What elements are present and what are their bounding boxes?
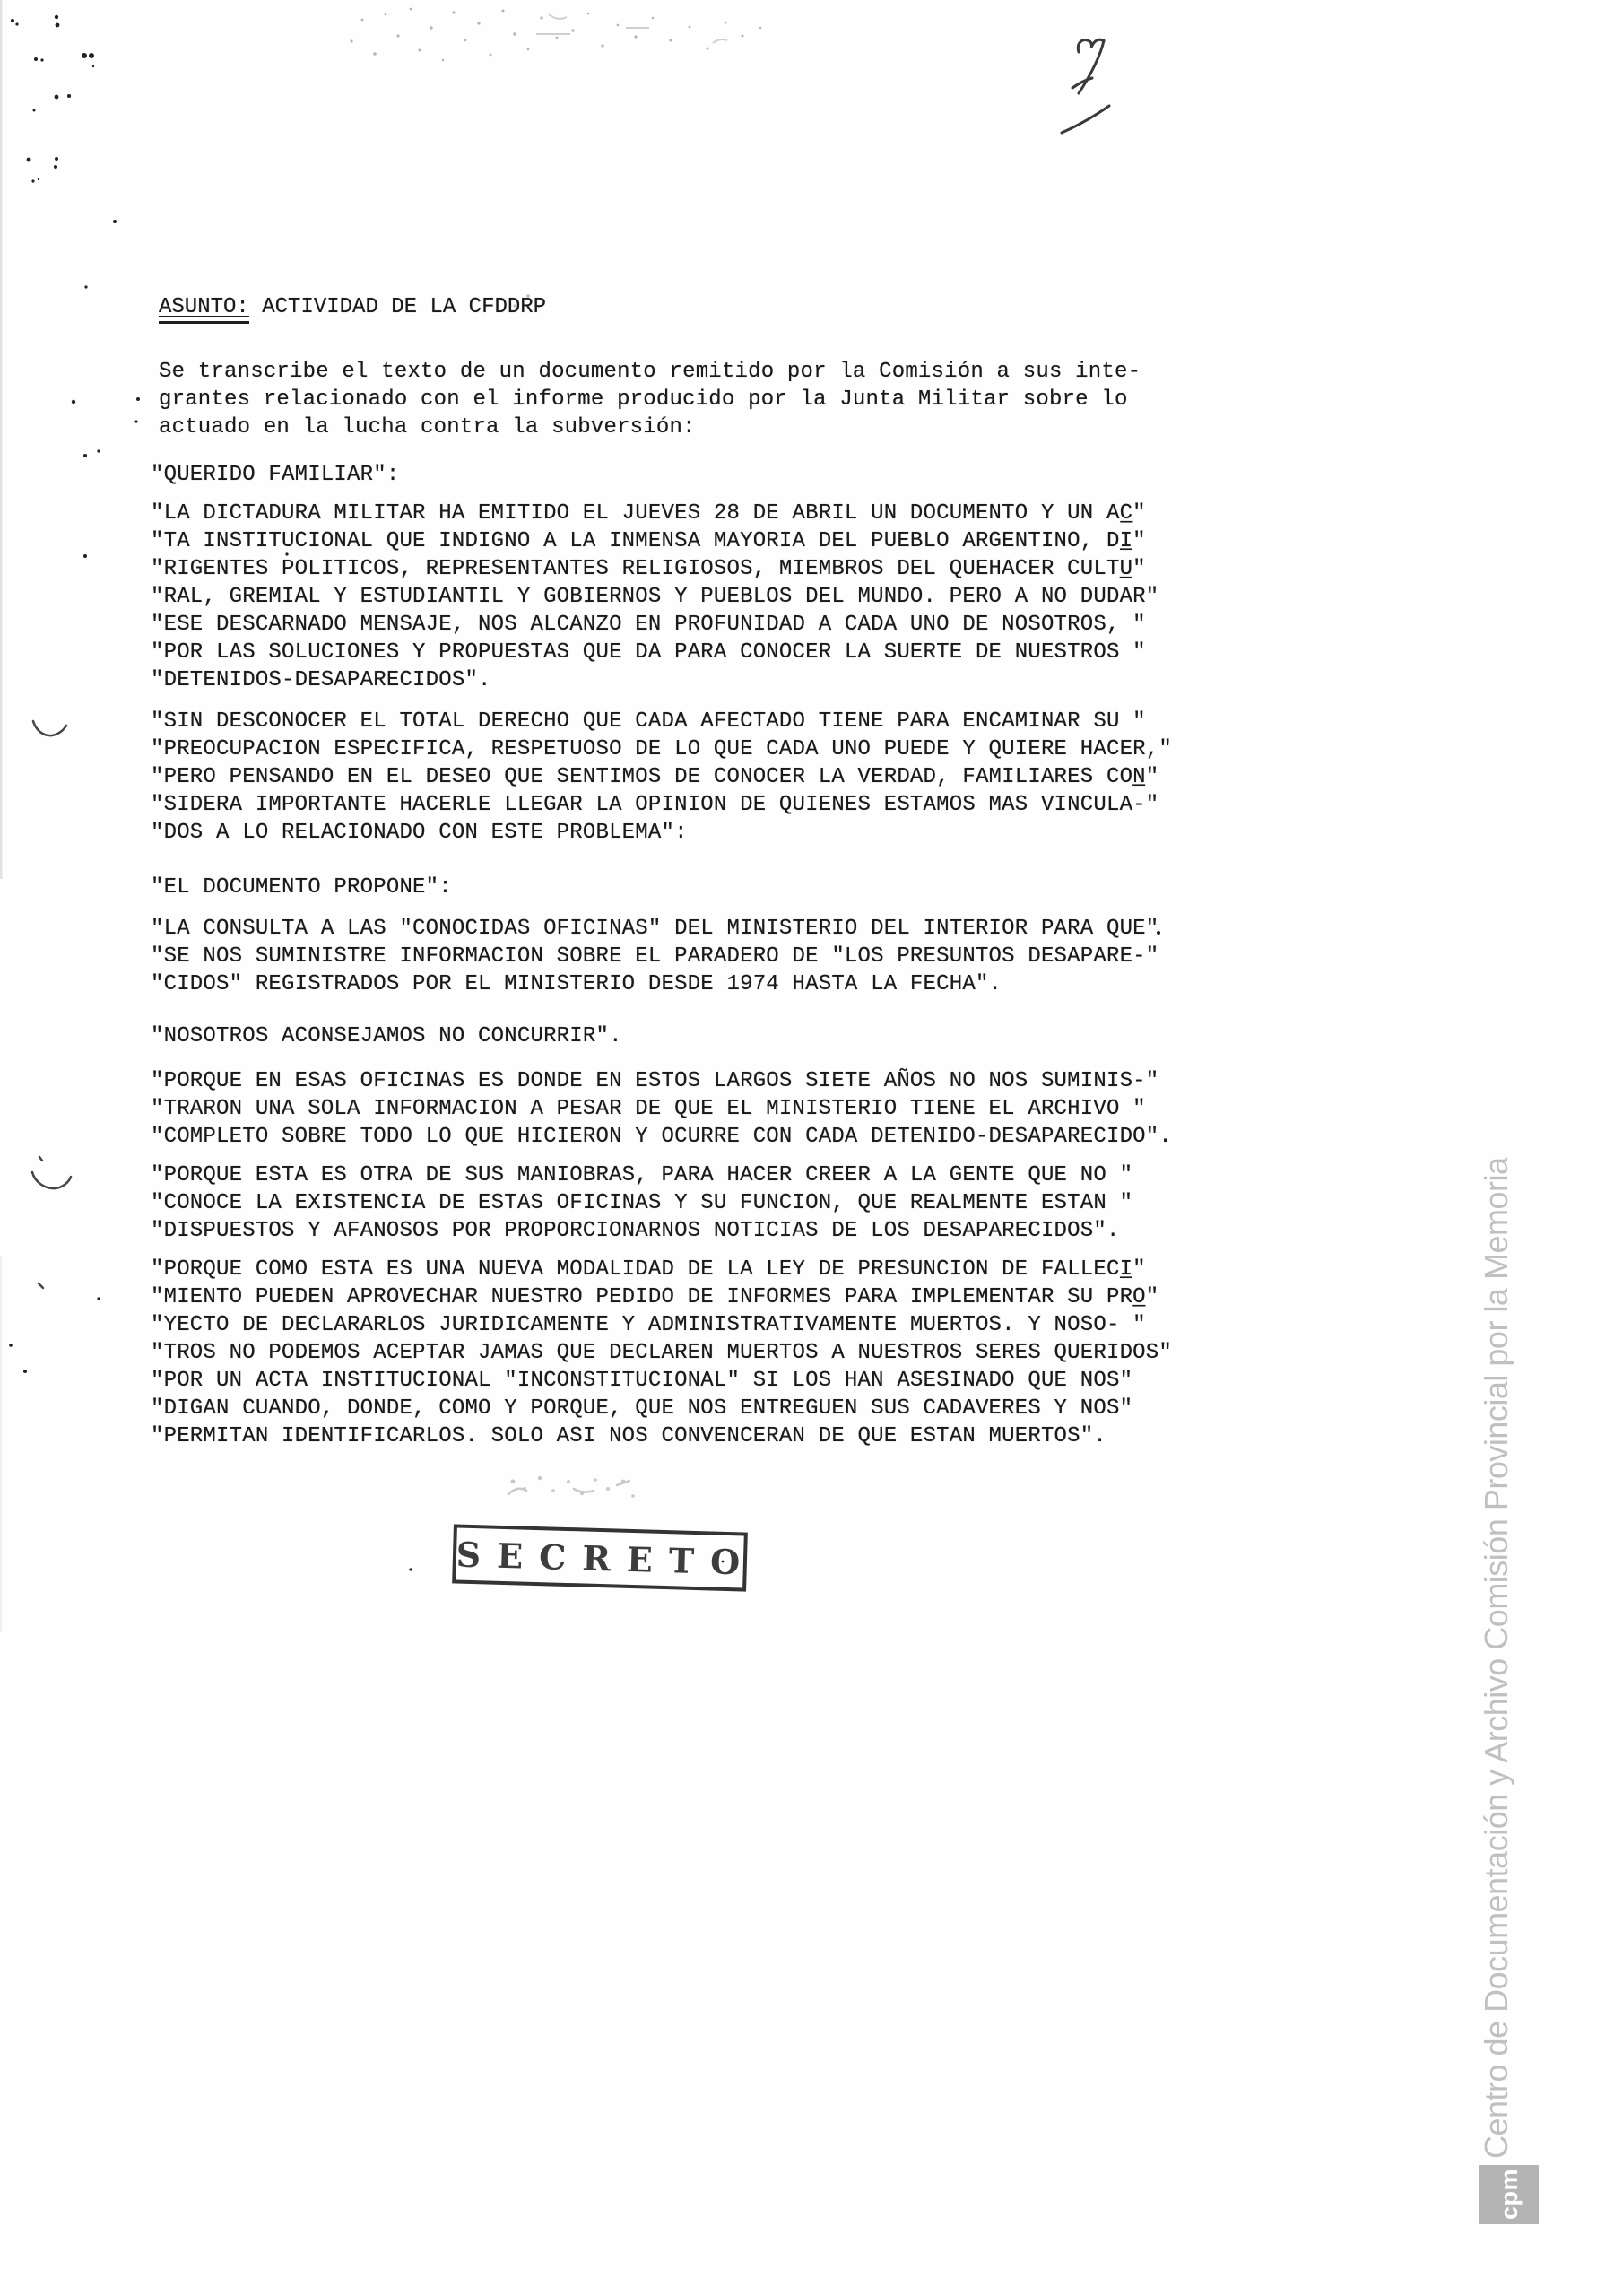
salutation-line: "QUERIDO FAMILIAR": (151, 461, 399, 489)
archive-credit-watermark: Centro de Documentación y Archivo Comisi… (1478, 1072, 1519, 2159)
text-line: "POR LAS SOLUCIONES Y PROPUESTAS QUE DA … (151, 639, 1158, 666)
margin-check-marks (32, 721, 71, 1288)
text-line: "SIN DESCONOCER EL TOTAL DERECHO QUE CAD… (151, 708, 1172, 735)
text-line: Se transcribe el texto de un documento r… (159, 358, 1141, 386)
text-line: "LA DICTADURA MILITAR HA EMITIDO EL JUEV… (151, 500, 1158, 527)
secreto-stamp-text: SECRETO (443, 1534, 757, 1583)
handwritten-mark-icon (1062, 39, 1109, 133)
paragraph-consulta: "LA CONSULTA A LAS "CONOCIDAS OFICINAS" … (151, 915, 1158, 998)
text-line: "CONOCE LA EXISTENCIA DE ESTAS OFICINAS … (151, 1189, 1132, 1217)
scanned-document-page: ASUNTO: ACTIVIDAD DE LA CFDDRP Se transc… (0, 0, 1614, 2296)
text-line: "RAL, GREMIAL Y ESTUDIANTIL Y GOBIERNOS … (151, 583, 1158, 611)
text-line: "EL DOCUMENTO PROPONE": (151, 874, 452, 901)
text-line: "PORQUE EN ESAS OFICINAS ES DONDE EN EST… (151, 1067, 1172, 1095)
text-line: "DOS A LO RELACIONADO CON ESTE PROBLEMA"… (151, 819, 1172, 847)
paragraph-sin-desconocer: "SIN DESCONOCER EL TOTAL DERECHO QUE CAD… (151, 708, 1172, 847)
text-line: "PORQUE ESTA ES OTRA DE SUS MANIOBRAS, P… (151, 1161, 1132, 1189)
text-line: "YECTO DE DECLARARLOS JURIDICAMENTE Y AD… (151, 1311, 1172, 1339)
text-line: "TRARON UNA SOLA INFORMACION A PESAR DE … (151, 1095, 1172, 1123)
secreto-stamp: SECRETO (452, 1524, 748, 1591)
paragraph-porque-modalidad: "PORQUE COMO ESTA ES UNA NUEVA MODALIDAD… (151, 1256, 1172, 1450)
text-line: "RIGENTES POLITICOS, REPRESENTANTES RELI… (151, 555, 1158, 583)
text-line: "PERMITAN IDENTIFICARLOS. SOLO ASI NOS C… (151, 1422, 1172, 1450)
text-line: "COMPLETO SOBRE TODO LO QUE HICIERON Y O… (151, 1123, 1172, 1151)
text-line: "PERO PENSANDO EN EL DESEO QUE SENTIMOS … (151, 763, 1172, 791)
subject-label: ASUNTO: (159, 295, 249, 324)
text-line: "ESE DESCARNADO MENSAJE, NOS ALCANZO EN … (151, 611, 1158, 639)
cpm-logo: cpm (1479, 2165, 1539, 2224)
text-line: "POR UN ACTA INSTITUCIONAL "INCONSTITUCI… (151, 1367, 1172, 1395)
propone-line: "EL DOCUMENTO PROPONE": (151, 874, 452, 901)
text-line: grantes relacionado con el informe produ… (159, 386, 1141, 413)
text-line: "PORQUE COMO ESTA ES UNA NUEVA MODALIDAD… (151, 1256, 1172, 1283)
intro-paragraph: Se transcribe el texto de un documento r… (159, 358, 1141, 441)
paragraph-porque-maniobras: "PORQUE ESTA ES OTRA DE SUS MANIOBRAS, P… (151, 1161, 1132, 1245)
consejo-line: "NOSOTROS ACONSEJAMOS NO CONCURRIR". (151, 1022, 622, 1050)
subject-title: ACTIVIDAD DE LA CFDDRP (249, 295, 546, 319)
text-line: "SE NOS SUMINISTRE INFORMACION SOBRE EL … (151, 943, 1158, 970)
text-line: "MIENTO PUEDEN APROVECHAR NUESTRO PEDIDO… (151, 1283, 1172, 1311)
text-line: "NOSOTROS ACONSEJAMOS NO CONCURRIR". (151, 1022, 622, 1050)
paragraph-dictadura: "LA DICTADURA MILITAR HA EMITIDO EL JUEV… (151, 500, 1158, 694)
cpm-logo-text: cpm (1496, 2169, 1523, 2220)
text-line: "LA CONSULTA A LAS "CONOCIDAS OFICINAS" … (151, 915, 1158, 943)
text-line: "DISPUESTOS Y AFANOSOS POR PROPORCIONARN… (151, 1217, 1132, 1245)
text-line: "QUERIDO FAMILIAR": (151, 461, 399, 489)
scan-edge-line (0, 0, 3, 879)
subject-header: ASUNTO: ACTIVIDAD DE LA CFDDRP (159, 293, 546, 321)
top-smudge (350, 8, 761, 62)
text-line: "SIDERA IMPORTANTE HACERLE LLEGAR LA OPI… (151, 791, 1172, 819)
text-line: "TA INSTITUCIONAL QUE INDIGNO A LA INMEN… (151, 527, 1158, 555)
text-line: "CIDOS" REGISTRADOS POR EL MINISTERIO DE… (151, 970, 1158, 998)
text-line: "PREOCUPACION ESPECIFICA, RESPETUOSO DE … (151, 735, 1172, 763)
stamp-smudge (508, 1476, 635, 1498)
paragraph-porque-oficinas: "PORQUE EN ESAS OFICINAS ES DONDE EN EST… (151, 1067, 1172, 1151)
text-line: "TROS NO PODEMOS ACEPTAR JAMAS QUE DECLA… (151, 1339, 1172, 1367)
text-line: "DIGAN CUANDO, DONDE, COMO Y PORQUE, QUE… (151, 1395, 1172, 1422)
text-line: actuado en la lucha contra la subversión… (159, 413, 1141, 441)
text-line: "DETENIDOS-DESAPARECIDOS". (151, 666, 1158, 694)
scan-edge-line-lower (0, 1256, 2, 1632)
